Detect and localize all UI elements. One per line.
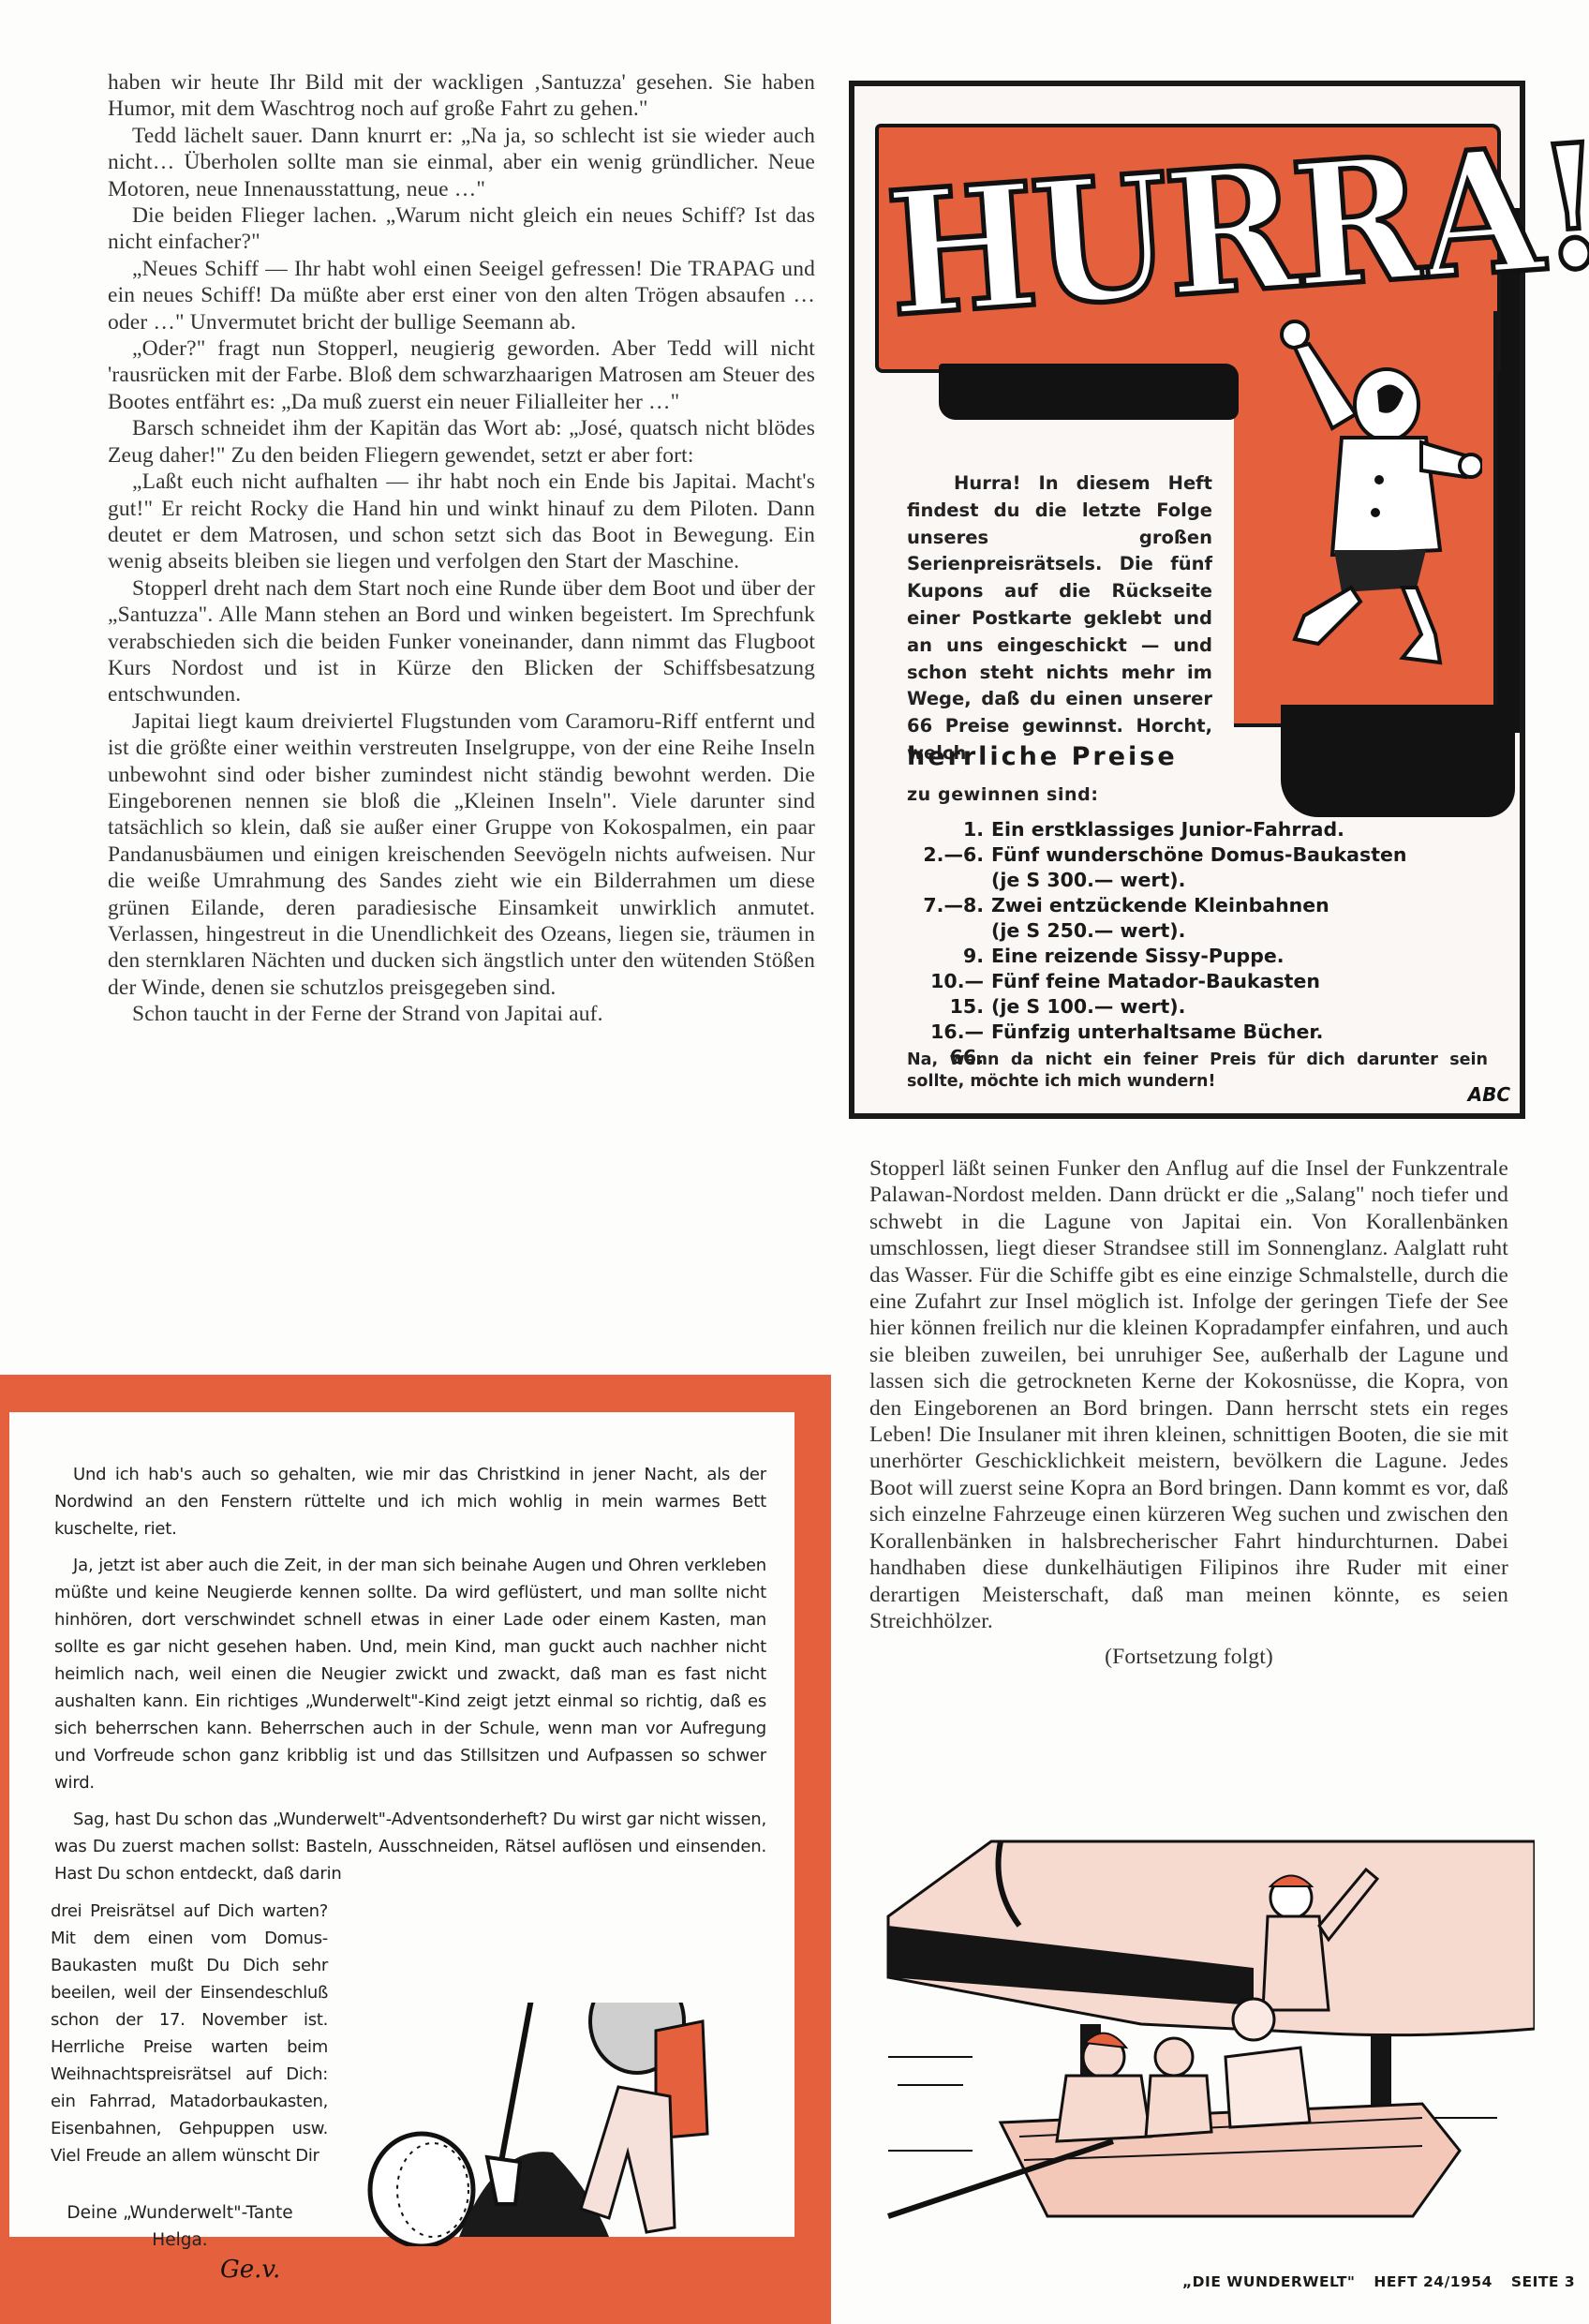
continued-note: (Fortsetzung folgt): [869, 1644, 1508, 1670]
story-right-column: Stopperl läßt seinen Funker den Anflug a…: [869, 1155, 1508, 1671]
prize-list: 1. Ein erstklassiges Junior-Fahrrad. 2.—…: [901, 817, 1482, 1070]
prize-item: 9. Eine reizende Sissy-Puppe.: [901, 944, 1482, 969]
letter-paragraph: Sag, hast Du schon das „Wunderwelt"-Adve…: [54, 1806, 766, 1887]
ad-intro-text: Hurra! In diesem Heft findest du die let…: [907, 470, 1212, 767]
letter-text: Und ich hab's auch so gehalten, wie mir …: [54, 1461, 766, 1897]
prize-text: Zwei entzückende Kleinbahnen: [991, 894, 1329, 916]
ad-shadow-decoration: [939, 364, 1239, 420]
story-paragraph: „Oder?" fragt nun Stopperl, neugierig ge…: [108, 335, 815, 415]
magazine-name: „DIE WUNDERWELT": [1182, 2273, 1356, 2290]
prize-text: Fünfzig unterhaltsame Bücher.: [991, 1020, 1323, 1043]
prize-text: Ein erstklassiges Junior-Fahrrad.: [991, 818, 1344, 841]
prize-item: 1. Ein erstklassiges Junior-Fahrrad.: [901, 817, 1482, 842]
prize-value: (je S 250.— wert).: [991, 918, 1329, 944]
letter-paragraph: Und ich hab's auch so gehalten, wie mir …: [54, 1461, 766, 1542]
letter-narrow-text: drei Preisrätsel auf Dich warten? Mit de…: [51, 1898, 328, 2169]
story-paragraph: Die beiden Flieger lachen. „Warum nicht …: [108, 202, 815, 256]
prize-text: Fünf feine Matador-Baukasten: [991, 970, 1320, 992]
prize-rank: 9.: [901, 944, 991, 969]
prize-item: 2.—6. Fünf wunderschöne Domus-Baukasten …: [901, 842, 1482, 893]
prize-value: (je S 300.— wert).: [991, 868, 1407, 893]
prize-item: 7.—8. Zwei entzückende Kleinbahnen (je S…: [901, 893, 1482, 944]
seaplane-boat-illustration: [860, 1776, 1535, 2226]
story-paragraph: „Neues Schiff — Ihr habt wohl einen Seei…: [108, 256, 815, 335]
prize-item: 10.—15. Fünf feine Matador-Baukasten (je…: [901, 969, 1482, 1020]
ad-closing-text: Na, wenn da nicht ein feiner Preis für d…: [907, 1050, 1488, 1093]
story-paragraph: Tedd lächelt sauer. Dann knurrt er: „Na …: [108, 123, 815, 202]
prize-rank: 2.—6.: [901, 842, 991, 893]
prize-text: Eine reizende Sissy-Puppe.: [991, 945, 1285, 967]
ad-shadow-decoration: [1281, 705, 1515, 817]
story-paragraph: Stopperl läßt seinen Funker den Anflug a…: [869, 1155, 1508, 1634]
letter-paragraph: Ja, jetzt ist aber auch die Zeit, in der…: [54, 1552, 766, 1796]
ad-headline: herrliche Preise: [907, 742, 1178, 771]
man-carrying-sack-illustration: [347, 2003, 787, 2246]
prize-rank: 10.—15.: [901, 969, 991, 1020]
artist-signature: Ge.v.: [220, 2256, 280, 2284]
story-left-column: haben wir heute Ihr Bild mit der wacklig…: [108, 69, 815, 1028]
page-footer: „DIE WUNDERWELT" HEFT 24/1954 SEITE 3: [1182, 2273, 1575, 2290]
hurra-advertisement: HURRA! Hurra! In diesem Heft findest du …: [849, 81, 1525, 1119]
prize-rank: 7.—8.: [901, 893, 991, 944]
story-paragraph: Stopperl dreht nach dem Start noch eine …: [108, 575, 815, 708]
letter-panel: Und ich hab's auch so gehalten, wie mir …: [9, 1412, 794, 2237]
prize-text: Fünf wunderschöne Domus-Baukasten: [991, 843, 1407, 866]
prize-rank: 1.: [901, 817, 991, 842]
ad-subline: zu gewinnen sind:: [907, 784, 1099, 805]
issue-number: HEFT 24/1954: [1374, 2273, 1492, 2290]
story-paragraph: „Laßt euch nicht aufhalten — ihr habt no…: [108, 469, 815, 575]
story-paragraph: Schon taucht in der Ferne der Strand von…: [108, 1001, 815, 1027]
cheering-boy-icon: [1267, 316, 1482, 672]
letter-signature: Deine „Wunderwelt"-Tante Helga.: [30, 2199, 330, 2254]
prize-value: (je S 100.— wert).: [991, 994, 1320, 1020]
story-paragraph: Barsch schneidet ihm der Kapitän das Wor…: [108, 415, 815, 469]
story-paragraph: haben wir heute Ihr Bild mit der wacklig…: [108, 69, 815, 123]
ad-signature: ABC: [1468, 1083, 1510, 1106]
letter-box: Und ich hab's auch so gehalten, wie mir …: [0, 1375, 831, 2324]
story-paragraph: Japitai liegt kaum dreiviertel Flugstund…: [108, 708, 815, 1001]
page-number: SEITE 3: [1511, 2273, 1575, 2290]
